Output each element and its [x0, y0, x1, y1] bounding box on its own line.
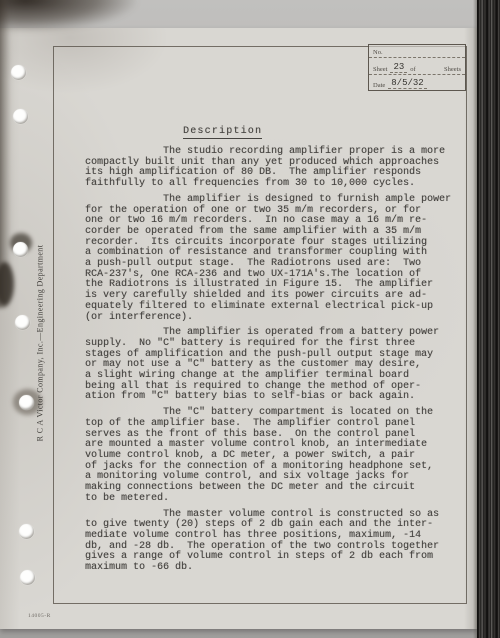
- paragraph-2: The amplifier is designed to furnish amp…: [85, 195, 457, 323]
- company-department-vertical-text: R C A Victor Company, Inc.—Engineering D…: [36, 245, 45, 442]
- punch-hole: [13, 242, 28, 257]
- sheet-label: Sheet: [373, 66, 387, 73]
- sheet-info-box: No. Sheet 23 of Sheets Date 8/5/32: [368, 44, 466, 91]
- sheets-label: Sheets: [444, 66, 461, 73]
- typewritten-body: Description The studio recording amplifi…: [85, 120, 457, 579]
- of-label: of: [410, 66, 415, 73]
- section-title: Description: [183, 126, 262, 139]
- date-label: Date: [373, 82, 385, 89]
- sheet-info-row-sheet: Sheet 23 of Sheets: [369, 58, 465, 75]
- paragraph-1: The studio recording amplifier proper is…: [85, 147, 457, 190]
- punch-hole: [19, 524, 34, 539]
- paragraph-4: The "C" battery compartment is located o…: [85, 408, 457, 504]
- punch-hole: [19, 395, 34, 410]
- punch-hole: [15, 315, 30, 330]
- sheet-number-value: 23: [390, 62, 407, 73]
- punch-hole: [11, 65, 26, 80]
- sheet-info-row-number: No.: [369, 45, 465, 58]
- paragraph-5: The master volume control is constructed…: [85, 510, 457, 574]
- paragraph-3: The amplifier is operated from a battery…: [85, 328, 457, 403]
- sheet-info-row-date: Date 8/5/32: [369, 75, 465, 90]
- no-label: No.: [373, 49, 383, 56]
- form-stock-number: 14005-R: [28, 613, 51, 619]
- date-value: 8/5/32: [388, 78, 426, 89]
- scanned-document-page: No. Sheet 23 of Sheets Date 8/5/32 R C A…: [0, 0, 500, 638]
- book-binding-edge: [477, 0, 500, 638]
- punch-hole: [20, 570, 35, 585]
- scan-corner-smudge: [0, 0, 137, 32]
- punch-hole: [13, 109, 28, 124]
